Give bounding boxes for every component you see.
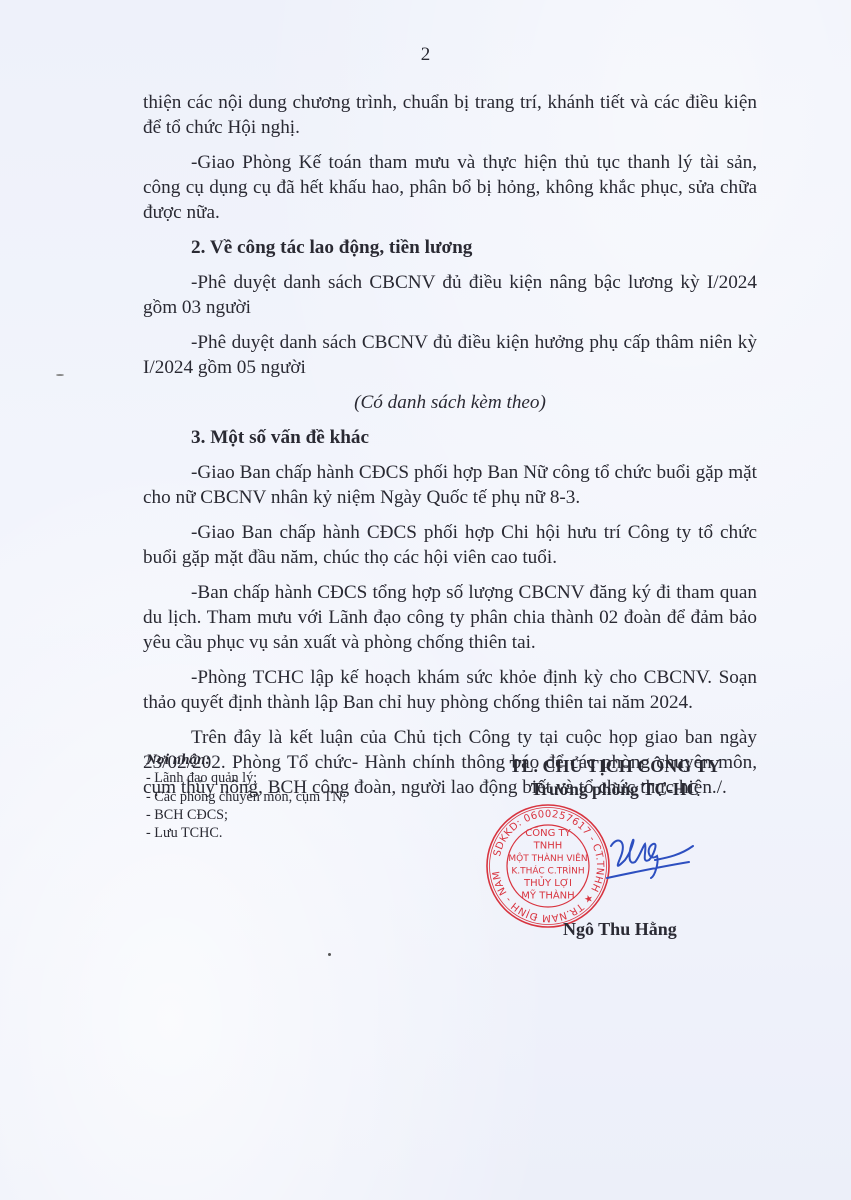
stamp-center-line: MỸ THÀNH	[521, 889, 574, 902]
body-paragraph: -Giao Ban chấp hành CĐCS phối hợp Chi hộ…	[143, 520, 757, 570]
document-body: thiện các nội dung chương trình, chuẩn b…	[143, 90, 757, 810]
body-paragraph: -Phê duyệt danh sách CBCNV đủ điều kiện …	[143, 270, 757, 320]
attachment-note: (Có danh sách kèm theo)	[143, 390, 757, 415]
stamp-center-line: MỘT THÀNH VIÊN	[508, 852, 587, 864]
recipient-item: - Các phòng chuyên môn, cụm TN;	[146, 788, 446, 806]
recipients-block: Nơi nhận: - Lãnh đạo quản lý; - Các phòn…	[146, 751, 446, 842]
body-paragraph: -Giao Ban chấp hành CĐCS phối hợp Ban Nữ…	[143, 460, 757, 510]
section-heading: 3. Một số vấn đề khác	[143, 425, 757, 450]
body-paragraph: -Phòng TCHC lập kế hoạch khám sức khỏe đ…	[143, 665, 757, 715]
signer-name: Ngô Thu Hằng	[563, 919, 677, 940]
handwritten-signature	[605, 832, 697, 884]
recipient-item: - Lưu TCHC.	[146, 824, 446, 842]
body-paragraph: -Giao Phòng Kế toán tham mưu và thực hiệ…	[143, 150, 757, 225]
signer-authority: TL. CHỦ TỊCH CÔNG TY	[470, 754, 760, 778]
stamp-center-line: THỦY LỢI	[523, 875, 572, 889]
company-seal-stamp: SDKKD: 0600257617 - CT.TNHH ★ TR.NAM ĐỊN…	[484, 802, 612, 930]
stamp-center-line: CÔNG TY	[525, 826, 571, 839]
scan-speck	[56, 374, 64, 376]
recipients-title: Nơi nhận:	[146, 751, 446, 769]
recipient-item: - BCH CĐCS;	[146, 806, 446, 824]
section-heading: 2. Về công tác lao động, tiền lương	[143, 235, 757, 260]
signer-position: Trưởng phòng TC-HC	[470, 778, 760, 800]
scan-speck	[328, 953, 331, 956]
document-page: 2 thiện các nội dung chương trình, chuẩn…	[0, 0, 851, 1200]
page-number: 2	[0, 44, 851, 66]
stamp-center-line: K.THÁC C.TRÌNH	[511, 865, 584, 877]
body-paragraph: thiện các nội dung chương trình, chuẩn b…	[143, 90, 757, 140]
stamp-center-line: TNHH	[533, 841, 563, 852]
body-paragraph: -Phê duyệt danh sách CBCNV đủ điều kiện …	[143, 330, 757, 380]
signature-block: TL. CHỦ TỊCH CÔNG TY Trưởng phòng TC-HC	[470, 754, 760, 800]
body-paragraph: -Ban chấp hành CĐCS tổng hợp số lượng CB…	[143, 580, 757, 655]
recipient-item: - Lãnh đạo quản lý;	[146, 769, 446, 787]
